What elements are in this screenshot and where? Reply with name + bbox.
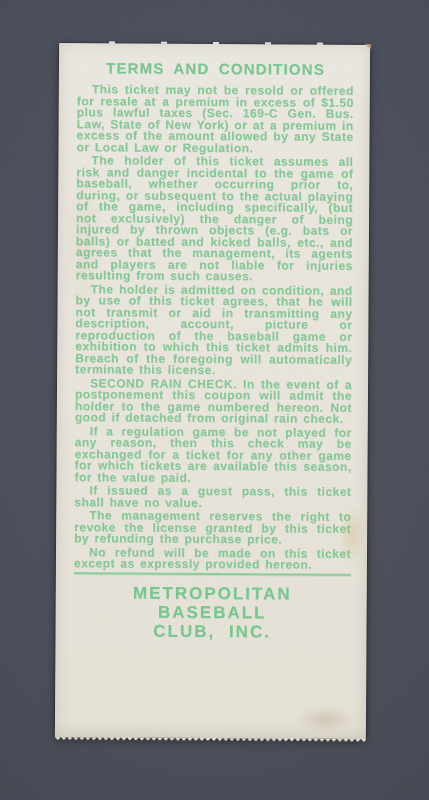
terms-paragraph: The holder is admitted on condition, and… [75, 284, 353, 378]
club-name-line1: METROPOLITAN BASEBALL [74, 583, 351, 623]
terms-paragraph: If issued as a guest pass, this ticket s… [74, 485, 351, 510]
terms-paragraph: No refund will be made on this ticket ex… [74, 547, 351, 572]
club-name: METROPOLITAN BASEBALL CLUB, INC. [73, 583, 350, 642]
photo-background: TERMS AND CONDITIONS This ticket may not… [0, 0, 429, 800]
ticket-card: TERMS AND CONDITIONS This ticket may not… [55, 43, 370, 739]
terms-text: This ticket may not be resold or offered… [74, 84, 354, 571]
terms-paragraph: SECOND RAIN CHECK. In the event of a pos… [75, 378, 352, 426]
terms-paragraph: The management reserves the right to rev… [74, 510, 351, 546]
ticket-title: TERMS AND CONDITIONS [77, 61, 354, 79]
corner-wear [364, 44, 371, 49]
perforation-top-edge [63, 41, 366, 45]
footer-divider [74, 572, 351, 576]
club-name-line2: CLUB, INC. [73, 621, 350, 642]
terms-paragraph: This ticket may not be resold or offered… [76, 84, 353, 155]
perforation-bottom-edge [55, 737, 366, 742]
aging-stain [296, 707, 356, 733]
terms-paragraph: If a regulation game be not played for a… [74, 426, 351, 485]
terms-paragraph: The holder of this ticket assumes all ri… [76, 155, 354, 283]
